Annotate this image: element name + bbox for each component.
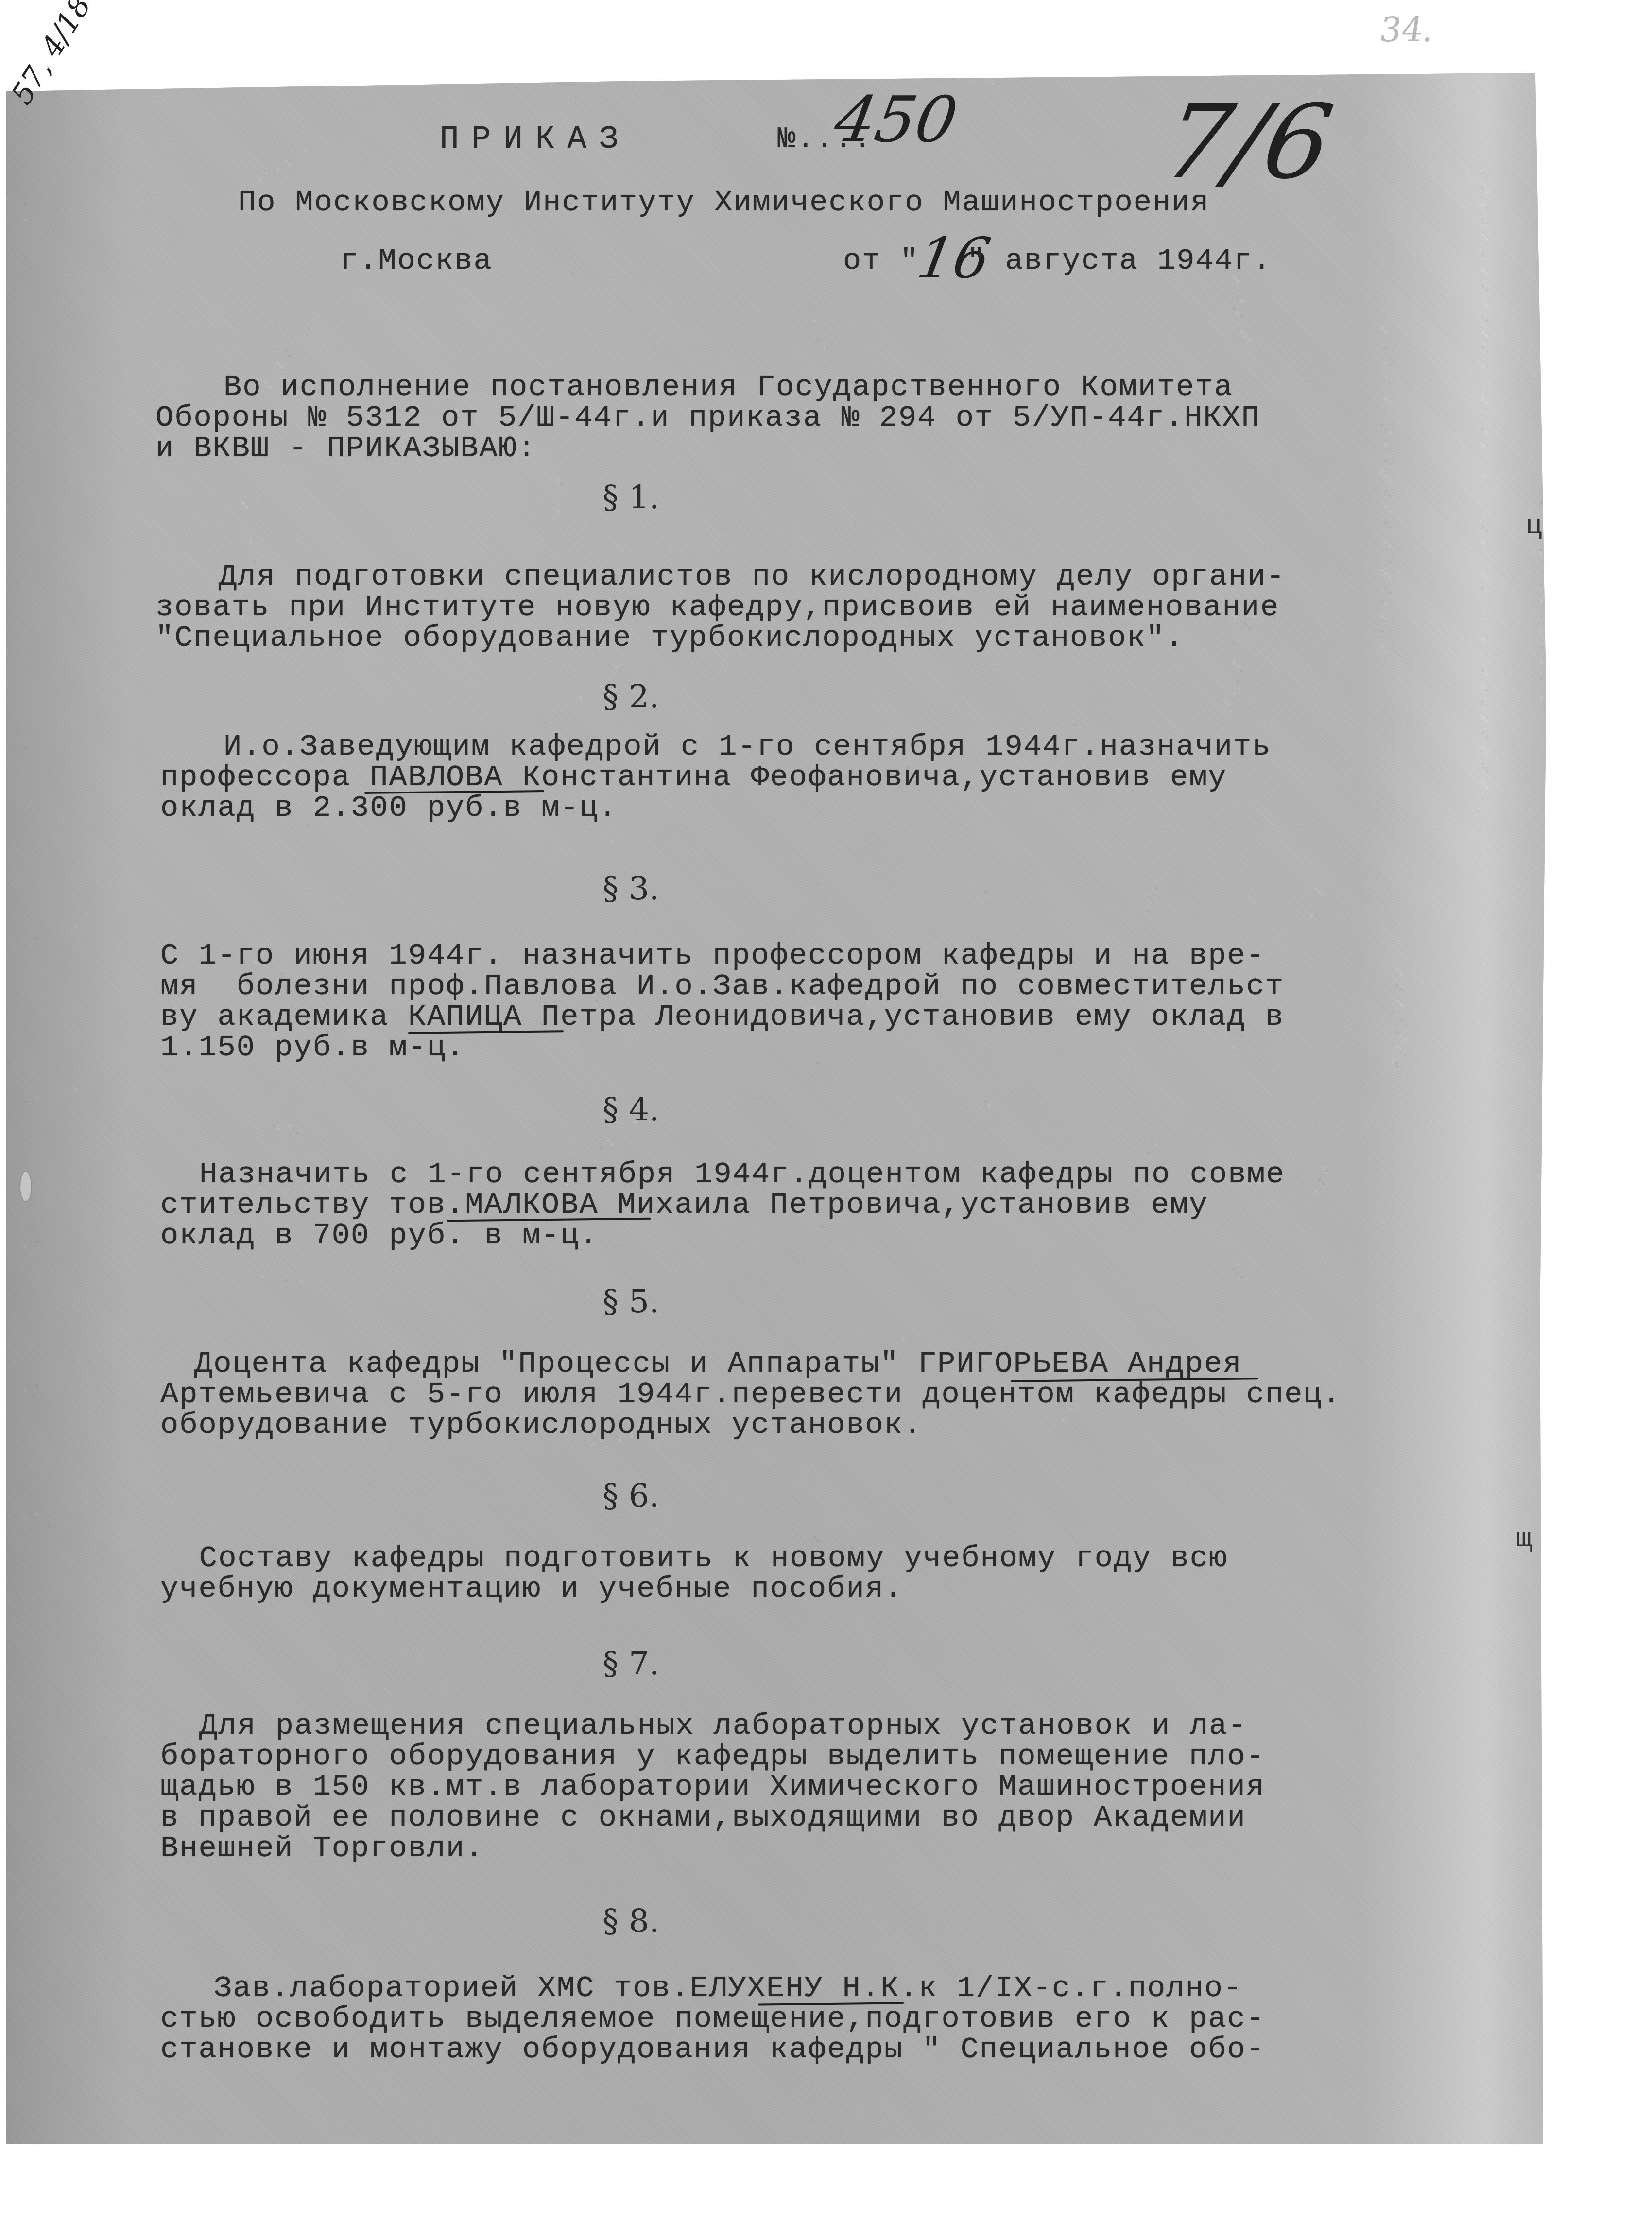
binder-hole-mark bbox=[19, 1171, 32, 1202]
preamble-line: Во исполнение постановления Государствен… bbox=[224, 372, 1233, 402]
section-4-line: оклад в 700 руб. в м-ц. bbox=[160, 1220, 599, 1251]
edge-fragment: ц bbox=[1526, 510, 1542, 541]
section-2-line: оклад в 2.300 руб.в м-ц. bbox=[160, 793, 618, 823]
section-3-line: 1.150 руб.в м-ц. bbox=[160, 1032, 465, 1063]
section-7-line: щадью в 150 кв.мт.в лаборатории Химическ… bbox=[160, 1772, 1265, 1802]
section-7-line: в правой ее половине с окнами,выходящими… bbox=[160, 1802, 1246, 1833]
section-4-line: стительству тов.МАЛКОВА Михаила Петрович… bbox=[160, 1189, 1208, 1220]
section-mark-2: § 2. bbox=[602, 678, 659, 715]
section-mark-5: § 5. bbox=[602, 1283, 659, 1320]
section-3-line: ву академика КАПИЦА Петра Леонидовича,ус… bbox=[160, 1001, 1284, 1032]
section-mark-4: § 4. bbox=[602, 1091, 659, 1128]
section-5-line: Доцента кафедры "Процессы и Аппараты" ГР… bbox=[194, 1348, 1242, 1379]
handwritten-order-number: 450 bbox=[829, 83, 963, 156]
section-7-line: бораторного оборудования у кафедры выдел… bbox=[160, 1741, 1265, 1772]
city: г.Москва bbox=[340, 245, 493, 276]
section-8-line: Зав.лабораторией ХМС тов.ЕЛУХЕНУ Н.К.к 1… bbox=[214, 1973, 1242, 2003]
section-6-line: учебную документацию и учебные пособия. bbox=[160, 1573, 903, 1604]
preamble-line: и ВКВШ - ПРИКАЗЫВАЮ: bbox=[155, 433, 536, 464]
section-3-line: мя болезни проф.Павлова И.о.Зав.кафедрой… bbox=[160, 971, 1284, 1001]
section-mark-1: § 1. bbox=[602, 479, 659, 516]
section-5-line: Артемьевича с 5-го июля 1944г.перевести … bbox=[160, 1379, 1342, 1410]
section-8-line: становке и монтажу оборудования кафедры … bbox=[160, 2034, 1265, 2065]
section-1-line: "Специальное оборудование турбокислородн… bbox=[155, 622, 1184, 653]
section-mark-3: § 3. bbox=[602, 870, 659, 907]
section-1-line: зовать при Институте новую кафедру,присв… bbox=[155, 592, 1279, 622]
document-title: ПРИКАЗ bbox=[440, 124, 631, 155]
section-6-line: Составу кафедры подготовить к новому уче… bbox=[199, 1543, 1228, 1573]
preamble-line: Обороны № 5312 от 5/Ш-44г.и приказа № 29… bbox=[155, 402, 1260, 433]
edge-fragment: щ bbox=[1516, 1523, 1532, 1554]
section-mark-7: § 7. bbox=[602, 1645, 659, 1682]
section-2-line: И.о.Заведующим кафедрой с 1-го сентября … bbox=[224, 731, 1271, 762]
date-suffix: " августа 1944г. bbox=[967, 245, 1272, 276]
section-2-line: профессора ПАВЛОВА Константина Феофанови… bbox=[160, 762, 1227, 793]
date-prefix: от " bbox=[843, 245, 919, 276]
section-7-line: Для размещения специальных лабораторных … bbox=[199, 1710, 1247, 1741]
institution-line: По Московскому Институту Химического Маш… bbox=[238, 187, 1210, 218]
section-1-line: Для подготовки специалистов по кислородн… bbox=[219, 561, 1286, 592]
section-3-line: С 1-го июня 1944г. назначить профессором… bbox=[160, 940, 1265, 971]
section-7-line: Внешней Торговли. bbox=[160, 1833, 484, 1863]
section-mark-8: § 8. bbox=[602, 1902, 659, 1940]
section-mark-6: § 6. bbox=[602, 1477, 659, 1515]
archive-page-number: 34. bbox=[1377, 10, 1437, 50]
section-5-line: оборудование турбокислородных установок. bbox=[160, 1410, 922, 1440]
handwritten-mark-top-right: 7/6 bbox=[1155, 83, 1341, 202]
section-4-line: Назначить с 1-го сентября 1944г.доцентом… bbox=[199, 1159, 1285, 1189]
section-8-line: стью освободить выделяемое помещение,под… bbox=[160, 2003, 1265, 2034]
